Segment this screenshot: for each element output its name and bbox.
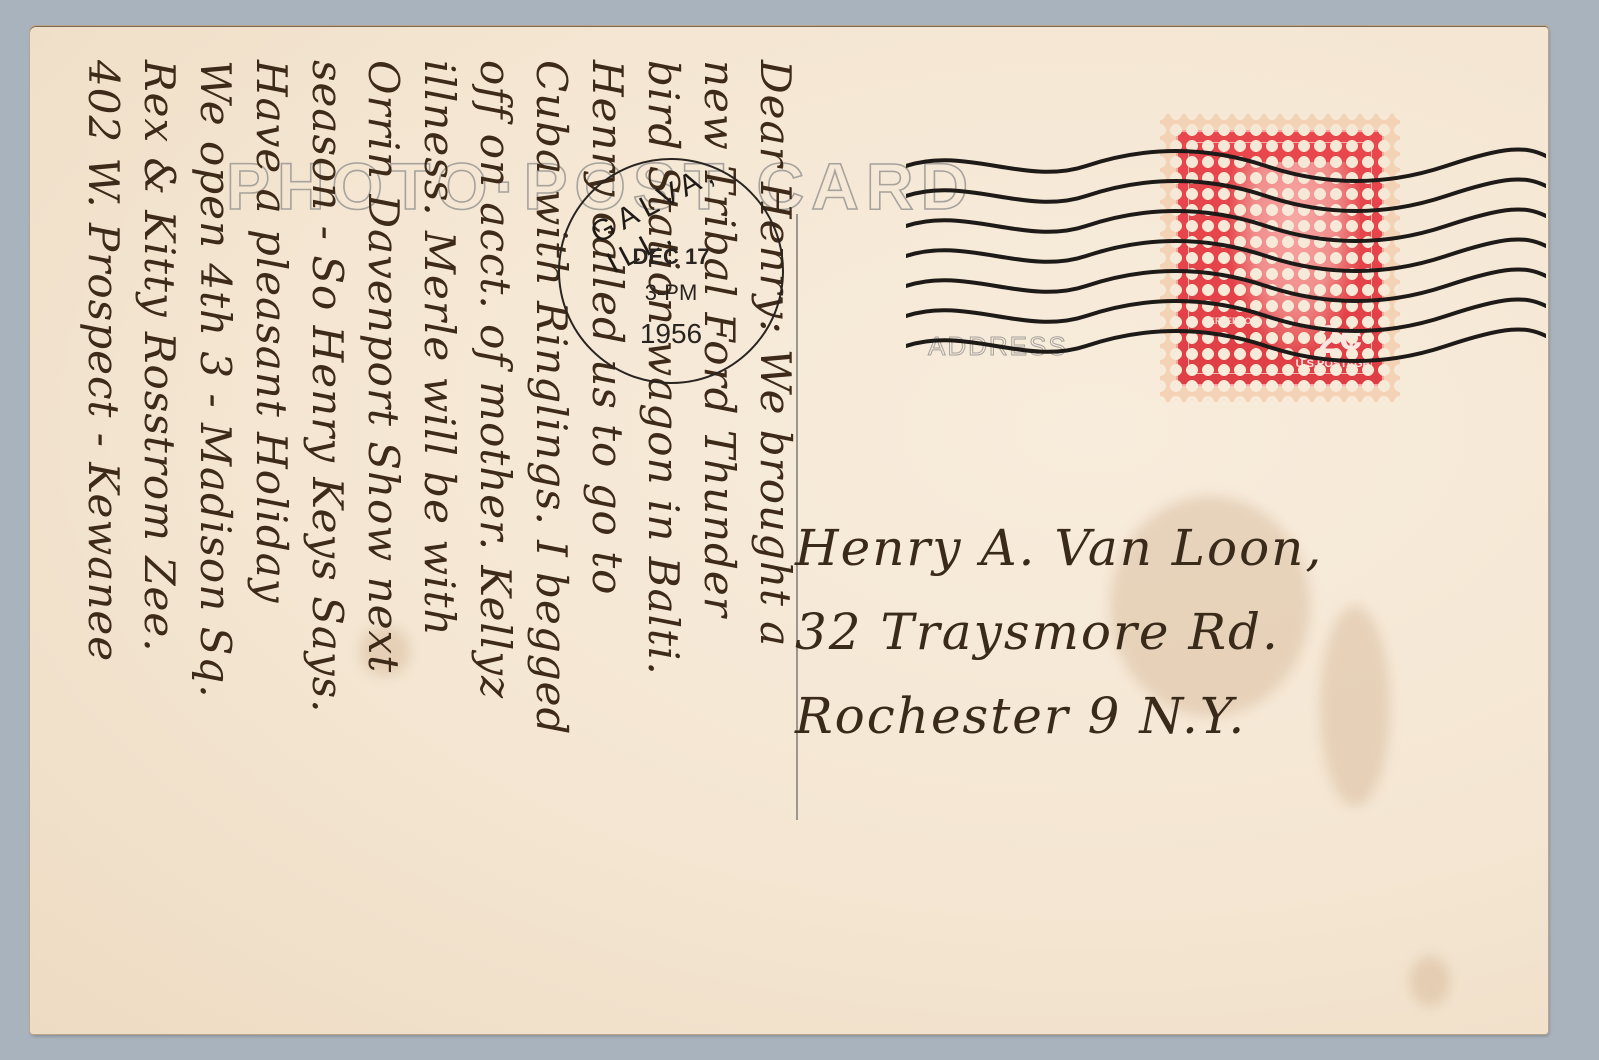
water-stain	[1410, 956, 1450, 1006]
message-line: illness. Merle will be with	[415, 60, 464, 637]
message-line: 402 W. Prospect - Kewanee	[79, 60, 128, 662]
message-line: season - So Henry Keys Says.	[303, 60, 352, 714]
message-line: Orrin Davenport Show next	[359, 60, 408, 673]
postcard-back: PHOTO·POST CARD ADDRESS Dear Henry: We b…	[30, 26, 1548, 1034]
water-stain	[1320, 606, 1390, 806]
message-line: Rex & Kitty Rosstrom Zee.	[135, 60, 184, 653]
postmark: GALVA, ILL. DEC 17 3-PM 1956	[558, 158, 784, 384]
message-line: Cuba with Ringlings. I begged	[527, 60, 576, 735]
recipient-address: Henry A. Van Loon,32 Traysmore Rd.Roches…	[795, 506, 1323, 758]
message-line: Have a pleasant Holiday	[247, 60, 296, 604]
address-line: Henry A. Van Loon,	[795, 506, 1323, 590]
wavy-cancellation-lines	[906, 136, 1546, 366]
postmark-time: 3-PM	[560, 280, 782, 306]
message-line: We open 4th 3 - Madison Sq.	[191, 60, 240, 699]
postmark-date: DEC 17	[560, 244, 782, 270]
postmark-year: 1956	[560, 318, 782, 350]
address-line: 32 Traysmore Rd.	[795, 590, 1323, 674]
message-line: off on acct. of mother. Kellyz	[471, 60, 520, 699]
address-line: Rochester 9 N.Y.	[795, 674, 1323, 758]
